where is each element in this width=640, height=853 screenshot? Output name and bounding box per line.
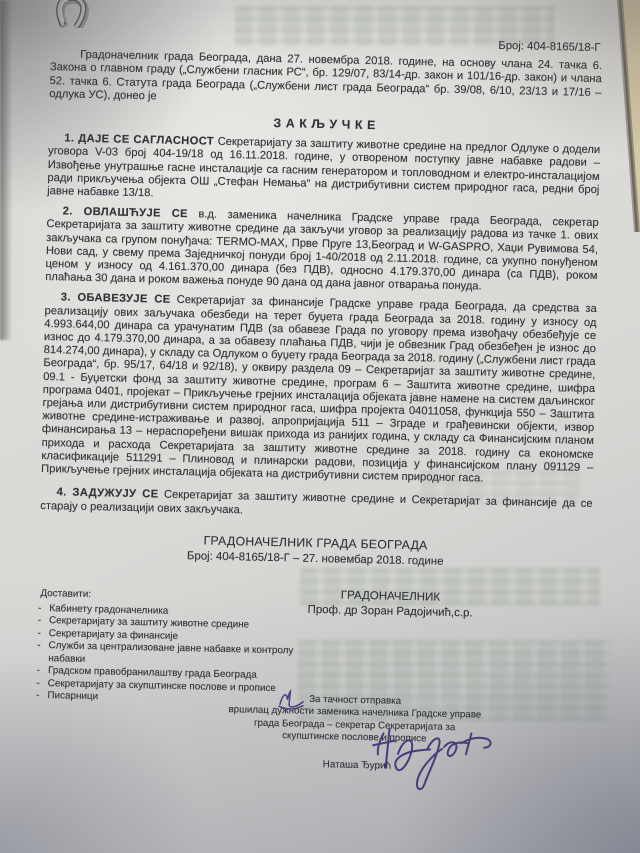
dash-bullet: - (37, 665, 41, 678)
signatory-block: ГРАДОНАЧЕЛНИК Проф. др Зоран Радојичић,с… (284, 587, 497, 621)
handwritten-initial-ink (277, 689, 307, 710)
paper-edge-shadow (0, 0, 12, 340)
paper-edge-surface (604, 0, 640, 232)
conclusion-item-3: 3. ОБАВЕЗУЈЕ СЕ Секретаријат за финансиј… (41, 291, 597, 488)
distribution-block: Доставити: -Кабинету градоначелника -Сек… (36, 588, 314, 708)
conclusion-item-4: 4. ЗАДУЖУЈУ СЕ Секретаријат за заштиту ж… (40, 486, 592, 524)
document-content: Број: 404-8165/18-Г Градоначелник града … (34, 30, 602, 803)
conclusion-item-1: 1. ДАЈЕ СЕ САГЛАСНОСТ Секретаријату за з… (47, 132, 600, 210)
dash-bullet: - (36, 678, 40, 691)
document-photo: Број: 404-8165/18-Г Градоначелник града … (0, 0, 640, 853)
distribution-item-text: Писарници (47, 690, 98, 704)
paper-clip-icon (52, 0, 92, 28)
dash-bullet: - (37, 640, 41, 665)
dash-bullet: - (36, 690, 40, 703)
conclusion-lead: 2. ОВЛАШЋУЈЕ СЕ (63, 206, 188, 221)
conclusion-item-2: 2. ОВЛАШЋУЈЕ СЕ в.д. заменика начелника … (45, 205, 599, 296)
certification-line: За тачност отправка (309, 694, 401, 708)
intro-paragraph: Градоначелник града Београда, дана 27. н… (49, 48, 602, 113)
dash-bullet: - (38, 615, 42, 628)
conclusion-text: Секретаријат за финансије Градске управе… (41, 294, 597, 484)
conclusion-text: в.д. заменика начелника Градске управе г… (45, 209, 599, 293)
dash-bullet: - (38, 603, 42, 616)
handwritten-signature-ink (318, 724, 510, 800)
certification-line-text: За тачност отправка (309, 694, 401, 707)
conclusion-lead: 3. ОБАВЕЗУЈЕ СЕ (61, 292, 171, 306)
dash-bullet: - (37, 628, 41, 641)
conclusion-lead: 4. ЗАДУЖУЈУ СЕ (56, 487, 158, 501)
signature-zone: Доставити: -Кабинету градоначелника -Сек… (34, 572, 591, 803)
issuer-block: ГРАДОНАЧЕЛНИК ГРАДА БЕОГРАДА Број: 404-8… (39, 531, 592, 572)
